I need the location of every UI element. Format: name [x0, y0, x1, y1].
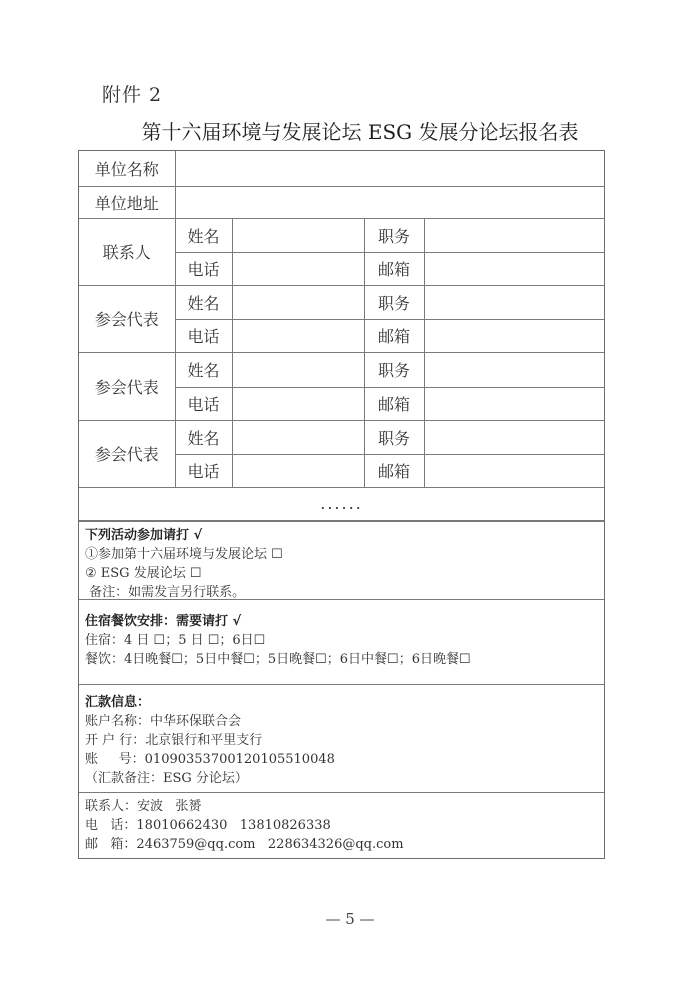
- delegate-1-name-field[interactable]: [232, 285, 364, 319]
- activities-heading: 下列活动参加请打 √: [85, 526, 598, 545]
- delegate-2-email-field[interactable]: [424, 387, 604, 420]
- title-label: 职务: [364, 352, 424, 387]
- email-label: 邮箱: [364, 252, 424, 285]
- delegate-2-name-row: 参会代表 姓名 职务: [79, 352, 604, 387]
- remittance-section: 汇款信息： 账户名称：中华环保联合会 开 户 行：北京银行和平里支行 账 号：0…: [79, 684, 604, 792]
- phone-label: 电话: [175, 319, 232, 352]
- page-number: — 5 —: [0, 910, 700, 928]
- org-name-row: 单位名称: [79, 151, 604, 186]
- delegate-3-name-field[interactable]: [232, 420, 364, 454]
- org-address-row: 单位地址: [79, 186, 604, 218]
- bank-name: 开 户 行：北京银行和平里支行: [85, 731, 598, 750]
- phone-label: 电话: [175, 454, 232, 487]
- title-label: 职务: [364, 420, 424, 454]
- title-label: 职务: [364, 285, 424, 319]
- title-label: 职务: [364, 218, 424, 252]
- delegate-2-title-field[interactable]: [424, 352, 604, 387]
- meal-options[interactable]: 餐饮：4日晚餐☐；5日中餐☐；5日晚餐☐；6日中餐☐；6日晚餐☐: [85, 650, 598, 669]
- activity-option-esg[interactable]: ② ESG 发展论坛 ☐: [85, 564, 598, 583]
- delegate-2-phone-field[interactable]: [232, 387, 364, 420]
- org-address-field[interactable]: [175, 186, 604, 218]
- org-name-field[interactable]: [175, 151, 604, 186]
- email-label: 邮箱: [364, 387, 424, 420]
- email-label: 邮箱: [364, 454, 424, 487]
- delegate-3-name-row: 参会代表 姓名 职务: [79, 420, 604, 454]
- activity-option-forum[interactable]: ①参加第十六届环境与发展论坛 ☐: [85, 545, 598, 564]
- attachment-label: 附件 2: [102, 80, 162, 107]
- form-title: 第十六届环境与发展论坛 ESG 发展分论坛报名表: [0, 116, 700, 145]
- contact-emails: 邮 箱：2463759@qq.com 228634326@qq.com: [85, 835, 598, 854]
- contact-phones: 电 话：18010662430 13810826338: [85, 816, 598, 835]
- phone-label: 电话: [175, 387, 232, 420]
- name-label: 姓名: [175, 218, 232, 252]
- registration-form: 单位名称 单位地址 联系人 姓名 职务 电话 邮箱 参会代表 姓名 职务: [78, 150, 605, 859]
- contact-person-name-row: 联系人 姓名 职务: [79, 218, 604, 252]
- contact-name-field[interactable]: [232, 218, 364, 252]
- group-label-delegate-3: 参会代表: [79, 420, 175, 487]
- delegate-3-phone-field[interactable]: [232, 454, 364, 487]
- name-label: 姓名: [175, 285, 232, 319]
- contact-title-field[interactable]: [424, 218, 604, 252]
- contact-persons: 联系人：安波 张赟: [85, 797, 598, 816]
- delegate-1-phone-field[interactable]: [232, 319, 364, 352]
- remittance-note: （汇款备注：ESG 分论坛）: [85, 769, 598, 788]
- delegate-1-name-row: 参会代表 姓名 职务: [79, 285, 604, 319]
- group-label-contact: 联系人: [79, 218, 175, 285]
- ellipsis-row: ......: [79, 487, 604, 520]
- delegate-1-email-field[interactable]: [424, 319, 604, 352]
- activities-section: 下列活动参加请打 √ ①参加第十六届环境与发展论坛 ☐ ② ESG 发展论坛 ☐…: [79, 521, 604, 599]
- delegate-2-name-field[interactable]: [232, 352, 364, 387]
- account-name: 账户名称：中华环保联合会: [85, 712, 598, 731]
- delegate-3-title-field[interactable]: [424, 420, 604, 454]
- org-address-label: 单位地址: [79, 186, 175, 218]
- registration-table: 单位名称 单位地址 联系人 姓名 职务 电话 邮箱 参会代表 姓名 职务: [79, 151, 604, 521]
- name-label: 姓名: [175, 420, 232, 454]
- contacts-section: 联系人：安波 张赟 电 话：18010662430 13810826338 邮 …: [79, 792, 604, 858]
- contact-phone-field[interactable]: [232, 252, 364, 285]
- group-label-delegate-1: 参会代表: [79, 285, 175, 352]
- remittance-heading: 汇款信息：: [85, 693, 598, 712]
- name-label: 姓名: [175, 352, 232, 387]
- phone-label: 电话: [175, 252, 232, 285]
- contact-email-field[interactable]: [424, 252, 604, 285]
- lodging-heading: 住宿餐饮安排：需要请打 √: [85, 612, 598, 631]
- lodging-options[interactable]: 住宿：4 日 ☐；5 日 ☐；6日☐: [85, 631, 598, 650]
- lodging-section: 住宿餐饮安排：需要请打 √ 住宿：4 日 ☐；5 日 ☐；6日☐ 餐饮：4日晚餐…: [79, 599, 604, 684]
- account-number: 账 号：01090353700120105510048: [85, 750, 598, 769]
- email-label: 邮箱: [364, 319, 424, 352]
- delegate-1-title-field[interactable]: [424, 285, 604, 319]
- delegate-3-email-field[interactable]: [424, 454, 604, 487]
- org-name-label: 单位名称: [79, 151, 175, 186]
- ellipsis: ......: [79, 487, 604, 520]
- group-label-delegate-2: 参会代表: [79, 352, 175, 420]
